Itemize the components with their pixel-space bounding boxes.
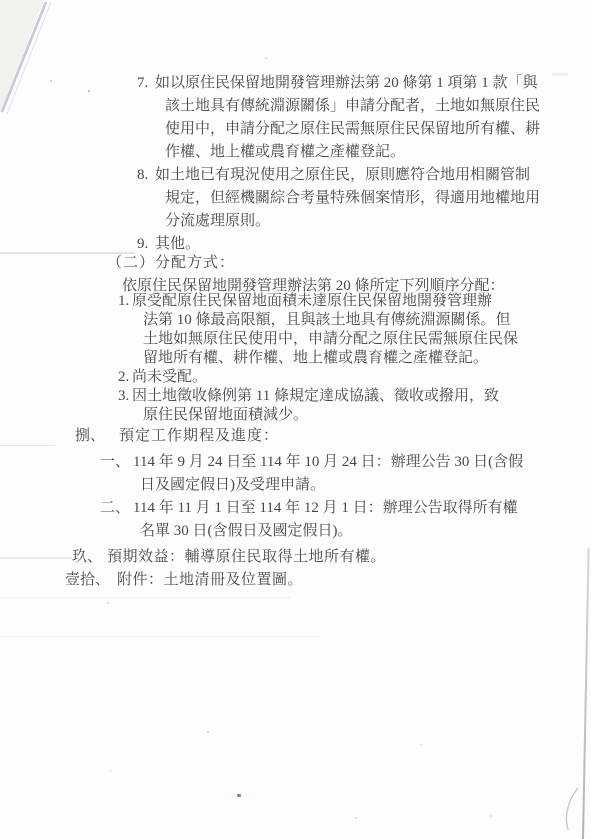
doc-line: 該土地具有傳統淵源關係」申請分配者，土地如無原住民 [137,95,540,118]
list-item-8: 8.如土地已有現況使用之原住民，原則應符合地用相關管制 規定，但經機關綜合考量特… [137,164,540,233]
doc-line: 1.原受配原住民保留地面積未達原住民保留地開發管理辦 [118,292,518,311]
doc-line: 規定，但經機關綜合考量特殊個案情形，得適用地權地用 [137,187,540,210]
fold-crease-line [0,557,72,559]
schedule-item-1: 一、114 年 9 月 24 日至 114 年 10 月 24 日：辦理公告 3… [100,451,523,497]
item-number: 3. [118,387,132,406]
item-number: 一、 [100,451,133,474]
numbered-list-1-3: 1.原受配原住民保留地面積未達原住民保留地開發管理辦 法第 10 條最高限額，且… [118,292,518,425]
item-number: 1. [118,292,132,311]
fold-crease-line [0,636,320,637]
numbered-list-7-9: 7.如以原住民保留地開發管理辦法第 20 條第 1 項第 1 款「與 該土地具有… [137,72,540,256]
subsection-title: 分配方式： [155,255,235,271]
scanned-document-page: 7.如以原住民保留地開發管理辦法第 20 條第 1 項第 1 款「與 該土地具有… [0,0,591,839]
paper-speck [107,602,109,604]
schedule-item-2: 二、114 年 11 月 1 日至 114 年 12 月 1 日：辦理公告取得所… [100,497,518,543]
paper-speck [88,90,90,92]
paper-speck [490,815,492,817]
doc-line-text: 114 年 9 月 24 日至 114 年 10 月 24 日：辦理公告 30 … [133,454,523,470]
section-8-heading: 捌、預定工作期程及進度： [75,424,279,445]
subsection-label: （二） [107,255,155,271]
paper-speck [207,731,209,733]
item-number: 2. [118,368,132,387]
doc-line-text: 因土地徵收條例第 11 條規定達成協議、徵收或撥用，致 [132,388,499,404]
item-number: 7. [137,72,155,95]
list-item-2: 2.尚未受配。 [118,368,518,387]
doc-line: 二、114 年 11 月 1 日至 114 年 12 月 1 日：辦理公告取得所… [100,497,518,520]
fold-crease-line [0,597,290,598]
section-title: 預定工作期程及進度： [119,428,279,444]
list-item-1: 1.原受配原住民保留地面積未達原住民保留地開發管理辦 法第 10 條最高限額，且… [118,292,518,368]
doc-line-text: 尚未受配。 [132,369,207,385]
doc-line: 留地所有權、耕作權、地上權或農育權之產權登記。 [118,349,518,368]
scan-streak [552,73,568,76]
doc-line-text: 其他。 [155,236,200,252]
doc-line-text: 原受配原住民保留地面積未達原住民保留地開發管理辦 [132,293,492,309]
doc-line: 原住民保留地面積減少。 [118,406,518,425]
section-label: 捌、 [75,424,119,445]
section-title: 附件：土地清冊及位置圖。 [117,572,303,588]
page-edge-curl [556,786,586,832]
doc-line: 一、114 年 9 月 24 日至 114 年 10 月 24 日：辦理公告 3… [100,451,523,474]
doc-line-text: 如土地已有現況使用之原住民，原則應符合地用相關管制 [155,167,530,183]
doc-line: 2.尚未受配。 [118,368,518,387]
item-number: 二、 [100,497,133,520]
subsection-heading: （二）分配方式： [107,251,235,272]
doc-line: 作權、地上權或農育權之產權登記。 [137,141,540,164]
paper-speck [110,770,111,772]
list-item-3: 3.因土地徵收條例第 11 條規定達成協議、徵收或撥用，致 原住民保留地面積減少… [118,387,518,425]
doc-line: 8.如土地已有現況使用之原住民，原則應符合地用相關管制 [137,164,540,187]
page-corner-fold [0,0,70,130]
fold-crease-line [0,445,55,446]
section-title: 預期效益：輔導原住民取得土地所有權。 [107,549,386,565]
blue-speck [237,794,241,797]
doc-line: 3.因土地徵收條例第 11 條規定達成協議、徵收或撥用，致 [118,387,518,406]
section-label: 壹拾、 [65,568,117,589]
doc-line: 土地如無原住民使用中，申請分配之原住民需無原住民保 [118,330,518,349]
list-item-7: 7.如以原住民保留地開發管理辦法第 20 條第 1 項第 1 款「與 該土地具有… [137,72,540,164]
section-10-line: 壹拾、附件：土地清冊及位置圖。 [65,568,303,589]
doc-line: 名單 30 日(含假日及國定假日)。 [100,520,518,543]
paper-speck [355,817,357,819]
paper-speck [420,744,422,745]
item-number: 8. [137,164,155,187]
doc-line-text: 114 年 11 月 1 日至 114 年 12 月 1 日：辦理公告取得所有權 [133,500,518,516]
paper-speck [50,80,52,82]
doc-line: 7.如以原住民保留地開發管理辦法第 20 條第 1 項第 1 款「與 [137,72,540,95]
doc-line: 分流處理原則。 [137,210,540,233]
doc-line: 使用中，申請分配之原住民需無原住民保留地所有權、耕 [137,118,540,141]
doc-line: 法第 10 條最高限額，且與該土地具有傳統淵源關係。但 [118,311,518,330]
doc-line: 日及國定假日)及受理申請。 [100,474,523,497]
section-9-line: 玖、預期效益：輔導原住民取得土地所有權。 [72,545,386,566]
section-label: 玖、 [72,545,107,566]
doc-line-text: 如以原住民保留地開發管理辦法第 20 條第 1 項第 1 款「與 [155,75,538,91]
paper-speck [265,57,267,59]
